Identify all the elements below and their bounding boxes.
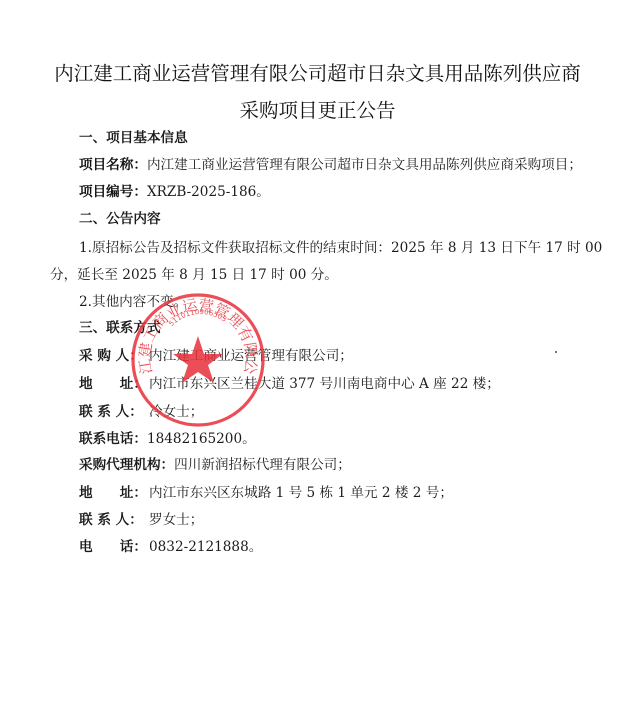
agency-address-label: 地 址：	[79, 481, 149, 501]
agency-phone-value: 0832-2121888。	[149, 539, 262, 555]
notice-item2: 2.其他内容不变。	[79, 290, 187, 310]
agency-contact-label: 联 系 人：	[79, 508, 149, 528]
purchaser-phone-row: 联系电话：18482165200。	[79, 427, 256, 447]
seal-code: 5110110906503	[167, 308, 228, 328]
purchaser-value: 内江建工商业运营管理有限公司；	[149, 348, 353, 364]
purchaser-address-row: 地 址：内江市东兴区兰桂大道 377 号川南电商中心 A 座 22 楼；	[79, 372, 500, 392]
agency-phone-row: 电 话：0832-2121888。	[79, 535, 262, 555]
agency-phone-label: 电 话：	[79, 535, 149, 555]
document-title-line2: 采购项目更正公告	[0, 95, 635, 123]
project-code-label: 项目编号：	[79, 184, 147, 200]
project-code-row: 项目编号：XRZB-2025-186。	[79, 180, 270, 200]
agency-value: 四川新润招标代理有限公司；	[174, 457, 351, 473]
purchaser-address-label: 地 址：	[79, 372, 149, 392]
svg-text:5110110906503: 5110110906503	[167, 308, 228, 328]
agency-address-row: 地 址：内江市东兴区东城路 1 号 5 栋 1 单元 2 楼 2 号；	[79, 481, 453, 501]
purchaser-phone-value: 18482165200。	[147, 431, 256, 447]
document-title-line1: 内江建工商业运营管理有限公司超市日杂文具用品陈列供应商	[0, 58, 635, 86]
section1-heading: 一、项目基本信息	[79, 126, 188, 146]
purchaser-address-value: 内江市东兴区兰桂大道 377 号川南电商中心 A 座 22 楼；	[149, 376, 500, 392]
purchaser-phone-label: 联系电话：	[79, 427, 147, 447]
purchaser-label: 采 购 人：	[79, 344, 149, 364]
agency-row: 采购代理机构：四川新润招标代理有限公司；	[79, 453, 351, 473]
notice-item1-line2: 分，延长至 2025 年 8 月 15 日 17 时 00 分。	[50, 263, 338, 283]
project-name-row: 项目名称：内江建工商业运营管理有限公司超市日杂文具用品陈列供应商采购项目；	[79, 153, 582, 173]
purchaser-contact-row: 联 系 人：冷女士；	[79, 400, 203, 420]
agency-label: 采购代理机构：	[79, 453, 174, 473]
agency-address-value: 内江市东兴区东城路 1 号 5 栋 1 单元 2 楼 2 号；	[149, 485, 453, 501]
project-code-value: XRZB-2025-186。	[147, 184, 270, 200]
purchaser-contact-label: 联 系 人：	[79, 400, 149, 420]
project-name-value: 内江建工商业运营管理有限公司超市日杂文具用品陈列供应商采购项目；	[147, 157, 582, 173]
project-name-label: 项目名称：	[79, 157, 147, 173]
section3-heading: 三、联系方式	[79, 316, 161, 336]
announcement-page: 内江建工商业运营管理有限公司超市日杂文具用品陈列供应商 采购项目更正公告 一、项…	[0, 0, 635, 715]
scan-speck	[555, 351, 557, 353]
agency-contact-row: 联 系 人：罗女士；	[79, 508, 203, 528]
agency-contact-value: 罗女士；	[149, 512, 203, 528]
notice-item1-line1: 1.原招标公告及招标文件获取招标文件的结束时间：2025 年 8 月 13 日下…	[79, 236, 602, 256]
purchaser-row: 采 购 人：内江建工商业运营管理有限公司；	[79, 344, 353, 364]
section2-heading: 二、公告内容	[79, 207, 161, 227]
purchaser-contact-value: 冷女士；	[149, 404, 203, 420]
